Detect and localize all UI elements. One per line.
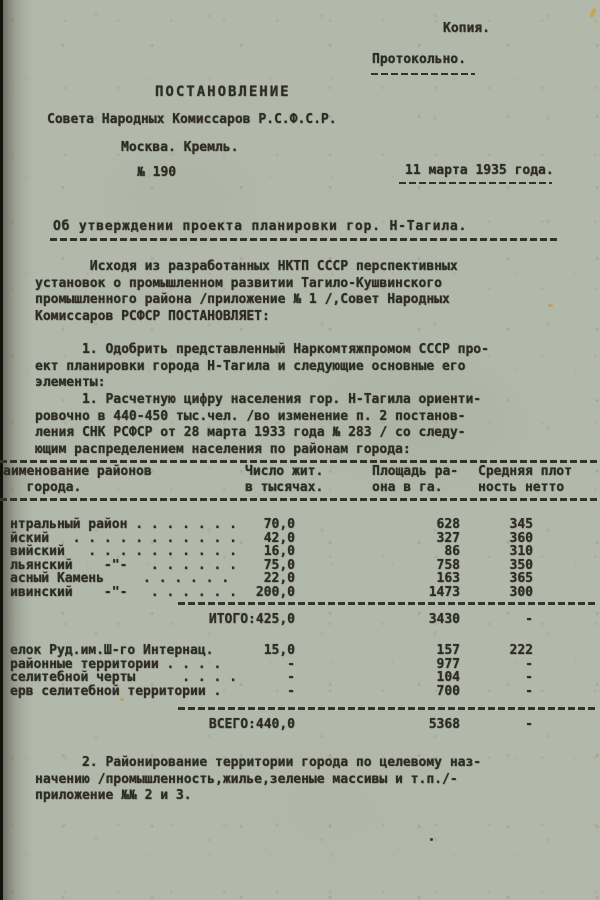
territory-name: ерв селитебной территории .	[10, 684, 240, 699]
district-name: нтральный район . . . . . . .	[10, 517, 240, 532]
table-header-rule	[0, 498, 600, 501]
population-value: 16,0	[240, 544, 295, 559]
population-value: 200,0	[240, 585, 295, 600]
doc-date: 11 марта 1935 года.	[405, 163, 554, 180]
area-value: 1473	[295, 585, 460, 600]
total-density: -	[460, 717, 533, 732]
doc-type-title: ПОСТАНОВЛЕНИЕ	[155, 84, 291, 101]
total-label: ВСЕГО:440,0	[10, 717, 295, 732]
population-value: -	[240, 684, 295, 699]
table-top-rule	[0, 460, 600, 463]
page-left-edge-shadow	[0, 0, 34, 900]
area-value: 700	[295, 684, 460, 699]
total-area: 5368	[295, 717, 460, 732]
territory-name: елок Руд.им.Ш-го Интернац.	[10, 643, 240, 658]
paragraph-item2: 2. Районирование территории города по це…	[35, 755, 580, 805]
population-value: -	[240, 670, 295, 685]
subject-line: Об утверждении проекта планировки гор. Н…	[53, 219, 467, 236]
subtotal-label: ИТОГО:425,0	[10, 612, 295, 627]
paragraph-preamble: Исходя из разработанных НКТП СССР перспе…	[35, 259, 575, 325]
table-header-population: Число жит. в тысячах.	[245, 464, 323, 496]
density-value: 300	[460, 585, 533, 600]
territory-name: селитебной черты . . . .	[10, 670, 240, 685]
issuer-line: Совета Народных Комиссаров Р.С.Ф.С.Р.	[47, 112, 337, 129]
date-underline	[399, 182, 552, 184]
table-row: вийский . . . . . . . . . . 16,0 86 310	[10, 544, 594, 559]
doc-number: № 190	[137, 165, 176, 182]
document-page: Копия. Протокольно. ПОСТАНОВЛЕНИЕ Совета…	[0, 0, 600, 900]
density-value: 365	[460, 571, 533, 586]
subject-underline	[50, 238, 560, 241]
subtotal-density: -	[460, 612, 533, 627]
area-value: 157	[295, 643, 460, 658]
paper-speck	[589, 8, 597, 19]
table-header-density: Средняя плот ность нетто	[478, 464, 572, 496]
table-row: селитебной черты . . . . - 104 -	[10, 670, 594, 685]
table-header-area: Площадь ра- она в га.	[372, 464, 458, 496]
paragraph-item1-1: 1. Расчетную цифру населения гор. Н-Таги…	[35, 392, 575, 458]
paper-speck	[430, 838, 433, 841]
subtotal-rule	[178, 602, 595, 605]
table-row: асный Камень . . . . . . 22,0 163 365	[10, 571, 594, 586]
district-name: вийский . . . . . . . . . .	[10, 544, 240, 559]
subtotal-row: ИТОГО:425,0 3430 -	[10, 612, 594, 627]
density-value: -	[460, 684, 533, 699]
density-value: 310	[460, 544, 533, 559]
area-value: 86	[295, 544, 460, 559]
table-row: елок Руд.им.Ш-го Интернац. 15,0 157 222	[10, 643, 594, 658]
table-row: нтральный район . . . . . . . 70,0 628 3…	[10, 517, 594, 532]
density-value: 222	[460, 643, 533, 658]
population-value: 22,0	[240, 571, 295, 586]
density-value: 345	[460, 517, 533, 532]
district-name: асный Камень . . . . . .	[10, 571, 240, 586]
table-row: ерв селитебной территории . - 700 -	[10, 684, 594, 699]
table-header-districts: аименование районов города.	[3, 464, 152, 496]
paragraph-item1: 1. Одобрить представленный Наркомтяжпром…	[35, 342, 575, 392]
total-row: ВСЕГО:440,0 5368 -	[10, 717, 594, 732]
protocol-label: Протокольно.	[372, 52, 466, 69]
district-name: ивинский -"- . . . . . .	[10, 585, 240, 600]
population-value: 70,0	[240, 517, 295, 532]
copy-label: Копия.	[443, 21, 490, 38]
area-value: 628	[295, 517, 460, 532]
subtotal-area: 3430	[295, 612, 460, 627]
density-value: -	[460, 670, 533, 685]
place-line: Москва. Кремль.	[121, 140, 238, 157]
area-value: 163	[295, 571, 460, 586]
population-value: 15,0	[240, 643, 295, 658]
protocol-underline	[371, 73, 475, 75]
total-rule	[178, 707, 595, 710]
area-value: 104	[295, 670, 460, 685]
table-row: ивинский -"- . . . . . . 200,0 1473 300	[10, 585, 594, 600]
